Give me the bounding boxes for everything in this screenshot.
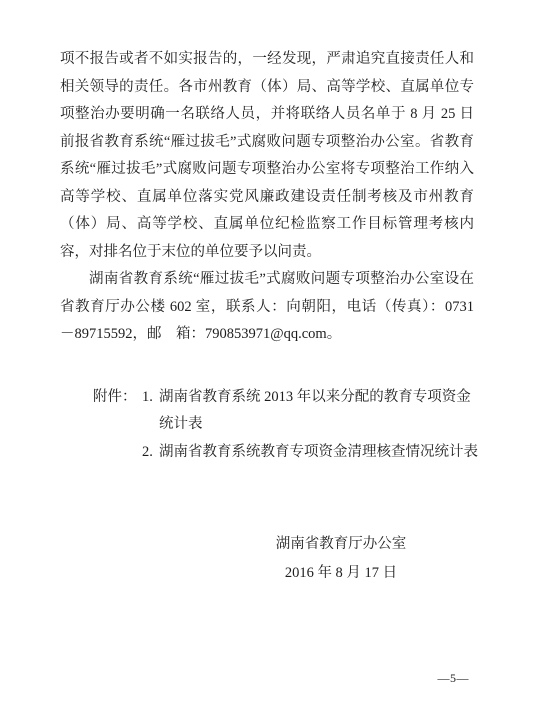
body-line: －89715592，邮 箱：790853971@qq.com。 xyxy=(60,321,474,349)
body-line: 相关领导的责任。各市州教育（体）局、高等学校、直属单位专 xyxy=(60,74,474,102)
page-number: —5— xyxy=(438,671,470,685)
attachment-title: 湖南省教育系统 2013 年以来分配的教育专项资金 xyxy=(159,384,474,412)
attachment-number-spacer xyxy=(142,411,159,439)
document-body: 项不报告或者不如实报告的，一经发现，严肃追究直接责任人和 相关领导的责任。各市州… xyxy=(60,46,474,588)
attachment-label-spacer xyxy=(93,411,142,439)
attachment-title: 湖南省教育系统教育专项资金清理核查情况统计表 xyxy=(159,439,478,467)
body-line: 项整治办要明确一名联络人员，并将联络人员名单于 8 月 25 日 xyxy=(60,101,474,129)
signature-date: 2016 年 8 月 17 日 xyxy=(208,559,474,588)
body-line: 高等学校、直属单位落实党风廉政建设责任制考核及市州教育 xyxy=(60,184,474,212)
attachment-row: 2. 湖南省教育系统教育专项资金清理核查情况统计表 xyxy=(93,439,474,467)
body-line: （体）局、高等学校、直属单位纪检监察工作目标管理考核内 xyxy=(60,211,474,239)
attachment-title-continued: 统计表 xyxy=(159,411,474,439)
attachment-row: 统计表 xyxy=(93,411,474,439)
body-line: 湖南省教育系统“雁过拔毛”式腐败问题专项整治办公室设在 xyxy=(60,266,474,294)
body-line: 项不报告或者不如实报告的，一经发现，严肃追究直接责任人和 xyxy=(60,46,474,74)
body-line: 省教育厅办公楼 602 室，联系人：向朝阳，电话（传真）：0731 xyxy=(60,294,474,322)
body-line: 前报省教育系统“雁过拔毛”式腐败问题专项整治办公室。省教育 xyxy=(60,129,474,157)
document-page: 项不报告或者不如实报告的，一经发现，严肃追究直接责任人和 相关领导的责任。各市州… xyxy=(0,0,537,727)
attachment-number: 2. xyxy=(142,439,159,467)
attachment-row: 附件： 1. 湖南省教育系统 2013 年以来分配的教育专项资金 xyxy=(93,384,474,412)
attachment-list: 附件： 1. 湖南省教育系统 2013 年以来分配的教育专项资金 统计表 2. … xyxy=(93,384,474,467)
attachment-label-spacer xyxy=(93,439,142,467)
signature-block: 湖南省教育厅办公室 2016 年 8 月 17 日 xyxy=(60,530,474,588)
attachment-number: 1. xyxy=(142,384,159,412)
attachment-label: 附件： xyxy=(93,384,142,412)
body-line: 系统“雁过拔毛”式腐败问题专项整治办公室将专项整治工作纳入 xyxy=(60,156,474,184)
signature-org: 湖南省教育厅办公室 xyxy=(208,530,474,559)
body-line: 容，对排名位于末位的单位要予以问责。 xyxy=(60,239,474,267)
